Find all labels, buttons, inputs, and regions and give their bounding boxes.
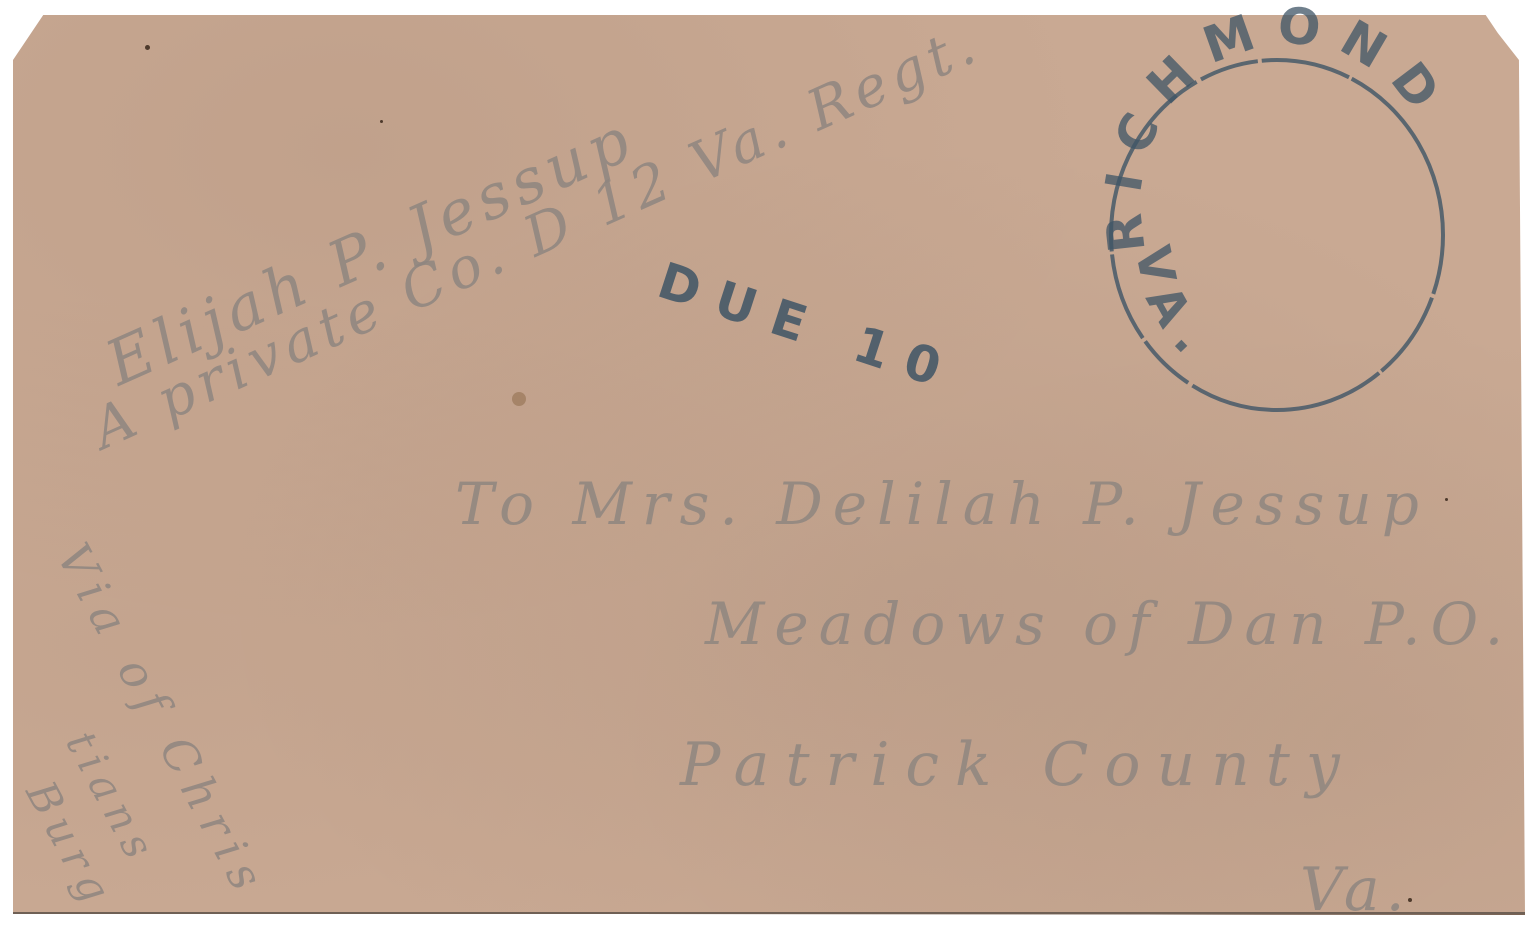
richmond-postmark: RICHMOND VA. bbox=[1097, 20, 1457, 400]
recipient-county: Patrick County bbox=[680, 730, 1356, 800]
svg-text:VA.: VA. bbox=[1124, 241, 1226, 374]
recipient-name: To Mrs. Delilah P. Jessup bbox=[455, 470, 1429, 538]
envelope-edge bbox=[13, 912, 1525, 914]
paper-stain bbox=[512, 392, 526, 406]
paper-speck bbox=[145, 45, 150, 50]
paper-speck bbox=[1445, 498, 1448, 501]
paper-speck bbox=[380, 120, 383, 123]
recipient-state: Va. bbox=[1300, 855, 1411, 925]
recipient-post-office: Meadows of Dan P.O. bbox=[705, 590, 1513, 658]
